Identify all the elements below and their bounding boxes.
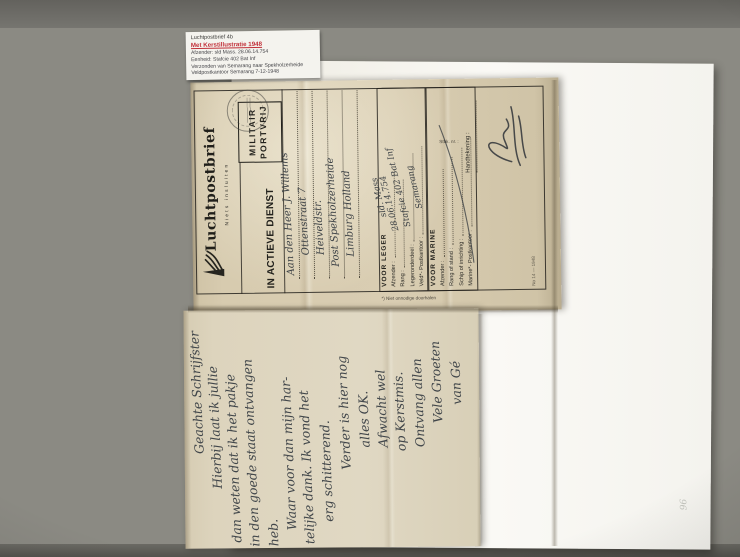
row-label: Afzender : xyxy=(391,261,397,287)
airmail-wing-icon xyxy=(201,249,227,281)
handwritten-letter-line: van Gé xyxy=(444,308,467,405)
fold-shadow-vertical xyxy=(477,314,483,546)
fold-shadow-horizontal xyxy=(188,305,558,313)
row-label: Veld*- Postkantoor : xyxy=(418,237,425,287)
handwritten-strike-line xyxy=(425,87,478,292)
fold-shadow-vertical xyxy=(551,80,558,546)
form-footnote: *) Niet onnodige doorhalen xyxy=(381,295,436,301)
form-number: No 14 — 1948 xyxy=(531,256,536,286)
letter-message-panel: Geachte Schrijfster Hierbij laat ik jull… xyxy=(183,308,480,549)
label-line-postoffice: Veldpostkantoor Semarang 7-12-1948 xyxy=(191,68,316,77)
photograph-of-airmail-letter: 96 Luchtpostbrief Niets insluiten MILITA… xyxy=(0,0,740,557)
signature-label: Handtekening : xyxy=(465,132,472,172)
description-label: Luchtpostbrief 4b Met Kerstillustratie 1… xyxy=(186,30,321,81)
airmail-form-panel: Luchtpostbrief Niets insluiten MILITAIR … xyxy=(190,77,561,314)
form-title: Luchtpostbrief xyxy=(202,127,220,252)
active-duty-heading: IN ACTIEVE DIENST xyxy=(265,188,277,288)
backdrop-top-strip xyxy=(0,0,740,28)
service-number-label: Stbk. nr. : xyxy=(439,139,458,144)
pencil-mark: 96 xyxy=(679,499,689,511)
row-label: Legeronderdeel : xyxy=(409,244,416,286)
row-label: Rang : xyxy=(400,270,406,287)
dotted-leader xyxy=(421,146,423,234)
handwritten-signature xyxy=(479,102,532,171)
